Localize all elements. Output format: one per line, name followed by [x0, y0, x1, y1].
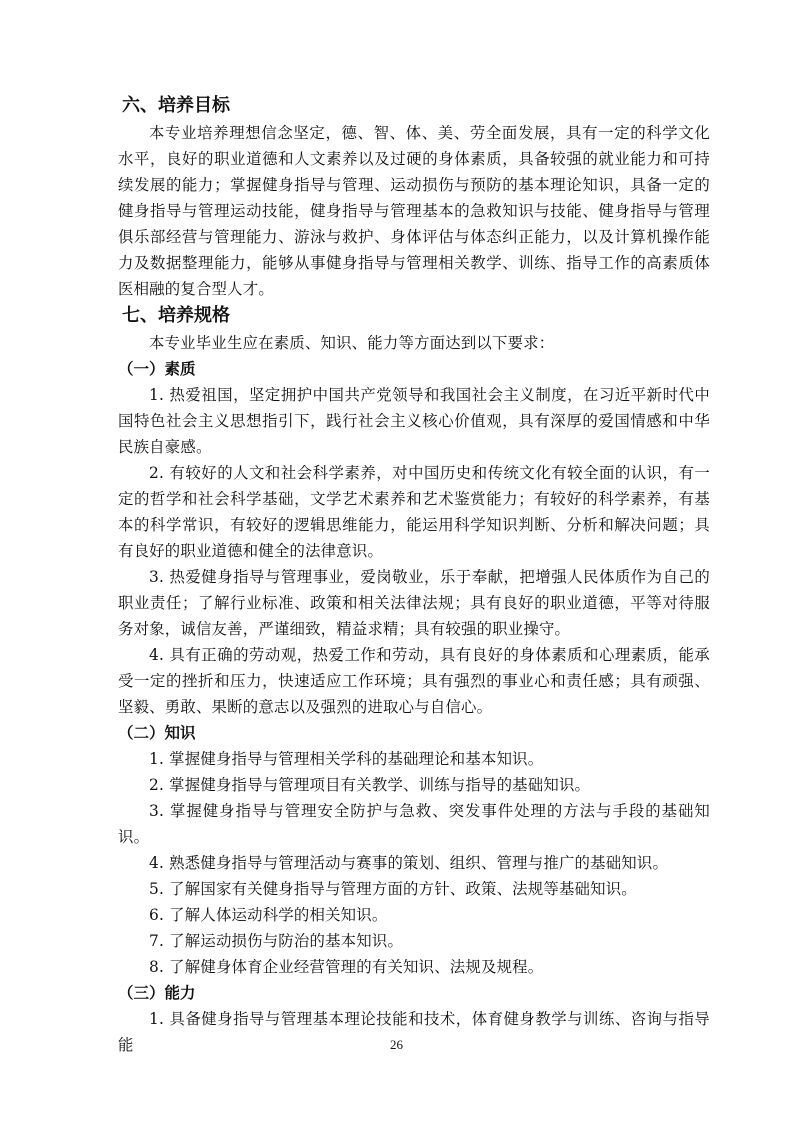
- quality-item: 3. 热爱健身指导与管理事业，爱岗敬业，乐于奉献，把增强人民体质作为自己的职业责…: [118, 564, 710, 642]
- subsection-heading-knowledge: （二）知识: [118, 720, 710, 746]
- knowledge-item: 5. 了解国家有关健身指导与管理方面的方针、政策、法规等基础知识。: [118, 876, 710, 902]
- knowledge-item: 7. 了解运动损伤与防治的基本知识。: [118, 928, 710, 954]
- subsection-heading-qualities: （一）素质: [118, 356, 710, 382]
- training-goal-paragraph: 本专业培养理想信念坚定，德、智、体、美、劳全面发展，具有一定的科学文化水平，良好…: [118, 120, 710, 302]
- knowledge-item: 3. 掌握健身指导与管理安全防护与急救、突发事件处理的方法与手段的基础知识。: [118, 798, 710, 850]
- knowledge-item: 8. 了解健身体育企业经营管理的有关知识、法规及规程。: [118, 954, 710, 980]
- knowledge-item: 1. 掌握健身指导与管理相关学科的基础理论和基本知识。: [118, 746, 710, 772]
- subsection-heading-abilities: （三）能力: [118, 980, 710, 1006]
- training-specs-intro: 本专业毕业生应在素质、知识、能力等方面达到以下要求：: [118, 330, 710, 356]
- knowledge-item: 2. 掌握健身指导与管理项目有关教学、训练与指导的基础知识。: [118, 772, 710, 798]
- section-heading-training-specs: 七、培养规格: [118, 302, 710, 330]
- section-heading-training-goal: 六、培养目标: [118, 92, 710, 120]
- quality-item: 1. 热爱祖国，坚定拥护中国共产党领导和我国社会主义制度，在习近平新时代中国特色…: [118, 382, 710, 460]
- quality-item: 2. 有较好的人文和社会科学素养，对中国历史和传统文化有较全面的认识，有一定的哲…: [118, 460, 710, 564]
- document-page: 六、培养目标 本专业培养理想信念坚定，德、智、体、美、劳全面发展，具有一定的科学…: [118, 92, 710, 1058]
- page-number: 26: [0, 1037, 793, 1053]
- knowledge-item: 4. 熟悉健身指导与管理活动与赛事的策划、组织、管理与推广的基础知识。: [118, 850, 710, 876]
- knowledge-item: 6. 了解人体运动科学的相关知识。: [118, 902, 710, 928]
- quality-item: 4. 具有正确的劳动观，热爱工作和劳动，具有良好的身体素质和心理素质，能承受一定…: [118, 642, 710, 720]
